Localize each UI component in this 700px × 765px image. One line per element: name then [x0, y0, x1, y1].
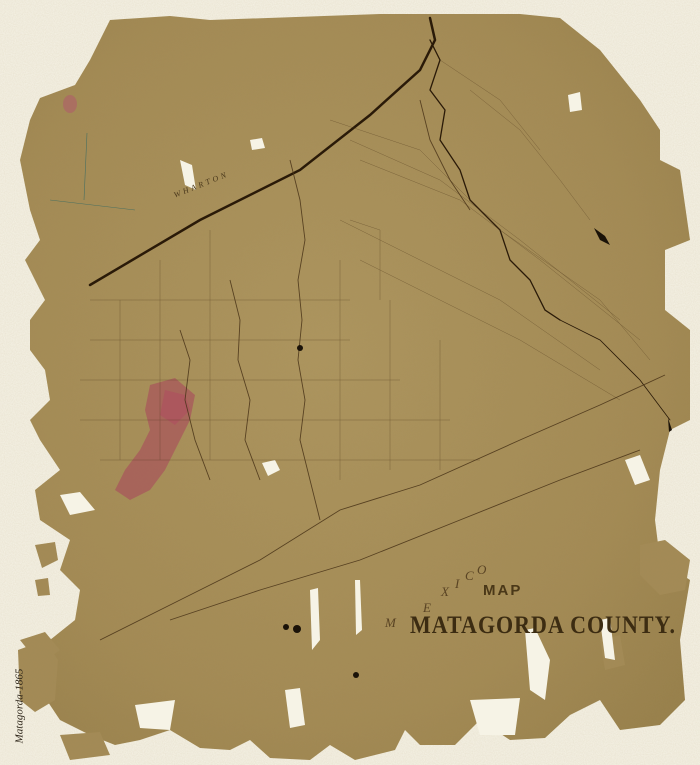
- gulf-label-letter: C: [465, 568, 474, 584]
- gulf-label-letter: X: [441, 584, 449, 600]
- gulf-label-letter: O: [477, 562, 486, 578]
- gulf-label-letter: E: [423, 600, 431, 616]
- gulf-label-letter: M: [385, 615, 396, 631]
- map-title-word: MAP: [483, 582, 522, 599]
- archive-catalog-label: Matagorda-1865: [13, 669, 25, 744]
- map-title-county: MATAGORDA COUNTY.: [410, 610, 676, 640]
- map-canvas: [0, 0, 700, 765]
- gulf-label-letter: I: [455, 576, 459, 592]
- paper-sheet: [0, 0, 700, 765]
